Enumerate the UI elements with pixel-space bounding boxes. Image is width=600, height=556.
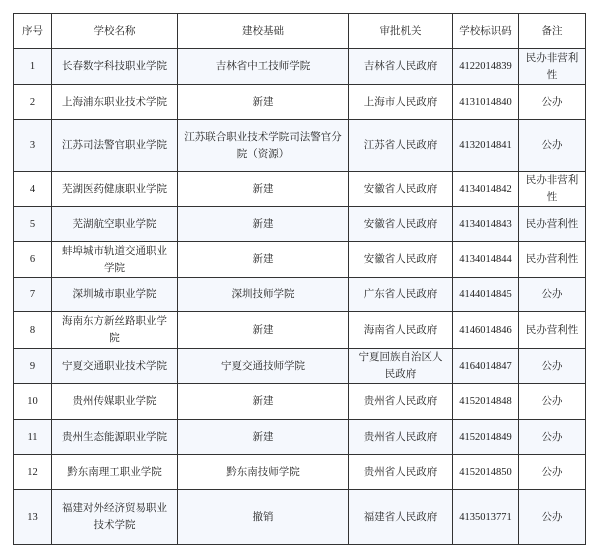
cell-code: 4146014846: [453, 312, 519, 349]
cell-code: 4134014843: [453, 207, 519, 242]
cell-code: 4131014840: [453, 85, 519, 120]
cell-no: 4: [14, 172, 52, 207]
schools-table: 序号 学校名称 建校基础 审批机关 学校标识码 备注 1 长春数字科技职业学院 …: [13, 13, 586, 545]
cell-basis: 吉林省中工技师学院: [178, 49, 349, 85]
cell-basis: 黔东南技师学院: [178, 455, 349, 490]
table-row: 13 福建对外经济贸易职业技术学院 撤销 福建省人民政府 4135013771 …: [14, 490, 586, 545]
cell-authority: 海南省人民政府: [349, 312, 453, 349]
header-basis: 建校基础: [178, 14, 349, 49]
cell-no: 7: [14, 278, 52, 312]
cell-note: 民办非营利性: [519, 49, 586, 85]
header-authority: 审批机关: [349, 14, 453, 49]
cell-basis: 新建: [178, 312, 349, 349]
cell-basis: 新建: [178, 384, 349, 420]
cell-authority: 上海市人民政府: [349, 85, 453, 120]
cell-basis: 撤销: [178, 490, 349, 545]
cell-school-name: 海南东方新丝路职业学院: [52, 312, 178, 349]
cell-authority: 福建省人民政府: [349, 490, 453, 545]
cell-school-name: 贵州传媒职业学院: [52, 384, 178, 420]
cell-note: 民办营利性: [519, 312, 586, 349]
cell-code: 4152014850: [453, 455, 519, 490]
cell-note: 公办: [519, 278, 586, 312]
cell-basis: 新建: [178, 85, 349, 120]
cell-no: 12: [14, 455, 52, 490]
table-row: 11 贵州生态能源职业学院 新建 贵州省人民政府 4152014849 公办: [14, 420, 586, 455]
table-row: 2 上海浦东职业技术学院 新建 上海市人民政府 4131014840 公办: [14, 85, 586, 120]
cell-basis: 新建: [178, 207, 349, 242]
table-row: 8 海南东方新丝路职业学院 新建 海南省人民政府 4146014846 民办营利…: [14, 312, 586, 349]
cell-school-name: 贵州生态能源职业学院: [52, 420, 178, 455]
cell-no: 11: [14, 420, 52, 455]
cell-authority: 贵州省人民政府: [349, 420, 453, 455]
cell-note: 公办: [519, 85, 586, 120]
cell-school-name: 上海浦东职业技术学院: [52, 85, 178, 120]
cell-note: 民办营利性: [519, 207, 586, 242]
cell-no: 13: [14, 490, 52, 545]
cell-no: 10: [14, 384, 52, 420]
cell-basis: 宁夏交通技师学院: [178, 349, 349, 384]
cell-basis: 新建: [178, 242, 349, 278]
cell-code: 4122014839: [453, 49, 519, 85]
table-row: 6 蚌埠城市轨道交通职业学院 新建 安徽省人民政府 4134014844 民办营…: [14, 242, 586, 278]
cell-note: 公办: [519, 120, 586, 172]
cell-note: 公办: [519, 349, 586, 384]
cell-school-name: 江苏司法警官职业学院: [52, 120, 178, 172]
header-note: 备注: [519, 14, 586, 49]
cell-code: 4152014848: [453, 384, 519, 420]
table-row: 5 芜湖航空职业学院 新建 安徽省人民政府 4134014843 民办营利性: [14, 207, 586, 242]
cell-school-name: 宁夏交通职业技术学院: [52, 349, 178, 384]
cell-school-name: 深圳城市职业学院: [52, 278, 178, 312]
cell-school-name: 长春数字科技职业学院: [52, 49, 178, 85]
cell-authority: 安徽省人民政府: [349, 172, 453, 207]
cell-no: 6: [14, 242, 52, 278]
cell-authority: 江苏省人民政府: [349, 120, 453, 172]
cell-note: 公办: [519, 490, 586, 545]
cell-basis: 江苏联合职业技术学院司法警官分院（资源）: [178, 120, 349, 172]
header-school-name: 学校名称: [52, 14, 178, 49]
cell-basis: 深圳技师学院: [178, 278, 349, 312]
table-row: 12 黔东南理工职业学院 黔东南技师学院 贵州省人民政府 4152014850 …: [14, 455, 586, 490]
header-row: 序号 学校名称 建校基础 审批机关 学校标识码 备注: [14, 14, 586, 49]
cell-note: 民办非营利性: [519, 172, 586, 207]
cell-authority: 广东省人民政府: [349, 278, 453, 312]
cell-school-name: 芜湖医药健康职业学院: [52, 172, 178, 207]
cell-authority: 安徽省人民政府: [349, 242, 453, 278]
table-row: 7 深圳城市职业学院 深圳技师学院 广东省人民政府 4144014845 公办: [14, 278, 586, 312]
cell-note: 公办: [519, 420, 586, 455]
cell-note: 公办: [519, 455, 586, 490]
cell-authority: 安徽省人民政府: [349, 207, 453, 242]
cell-authority: 贵州省人民政府: [349, 455, 453, 490]
table-row: 10 贵州传媒职业学院 新建 贵州省人民政府 4152014848 公办: [14, 384, 586, 420]
cell-no: 3: [14, 120, 52, 172]
cell-no: 8: [14, 312, 52, 349]
cell-code: 4134014844: [453, 242, 519, 278]
cell-basis: 新建: [178, 420, 349, 455]
cell-basis: 新建: [178, 172, 349, 207]
cell-school-name: 福建对外经济贸易职业技术学院: [52, 490, 178, 545]
table-row: 1 长春数字科技职业学院 吉林省中工技师学院 吉林省人民政府 412201483…: [14, 49, 586, 85]
cell-code: 4134014842: [453, 172, 519, 207]
cell-code: 4164014847: [453, 349, 519, 384]
cell-authority: 宁夏回族自治区人民政府: [349, 349, 453, 384]
cell-no: 9: [14, 349, 52, 384]
cell-no: 5: [14, 207, 52, 242]
cell-code: 4132014841: [453, 120, 519, 172]
cell-authority: 吉林省人民政府: [349, 49, 453, 85]
cell-note: 民办营利性: [519, 242, 586, 278]
cell-school-name: 蚌埠城市轨道交通职业学院: [52, 242, 178, 278]
cell-note: 公办: [519, 384, 586, 420]
cell-no: 2: [14, 85, 52, 120]
cell-authority: 贵州省人民政府: [349, 384, 453, 420]
cell-code: 4144014845: [453, 278, 519, 312]
table-row: 4 芜湖医药健康职业学院 新建 安徽省人民政府 4134014842 民办非营利…: [14, 172, 586, 207]
cell-school-name: 黔东南理工职业学院: [52, 455, 178, 490]
table-row: 3 江苏司法警官职业学院 江苏联合职业技术学院司法警官分院（资源） 江苏省人民政…: [14, 120, 586, 172]
header-code: 学校标识码: [453, 14, 519, 49]
cell-school-name: 芜湖航空职业学院: [52, 207, 178, 242]
cell-no: 1: [14, 49, 52, 85]
table-row: 9 宁夏交通职业技术学院 宁夏交通技师学院 宁夏回族自治区人民政府 416401…: [14, 349, 586, 384]
header-no: 序号: [14, 14, 52, 49]
cell-code: 4152014849: [453, 420, 519, 455]
cell-code: 4135013771: [453, 490, 519, 545]
